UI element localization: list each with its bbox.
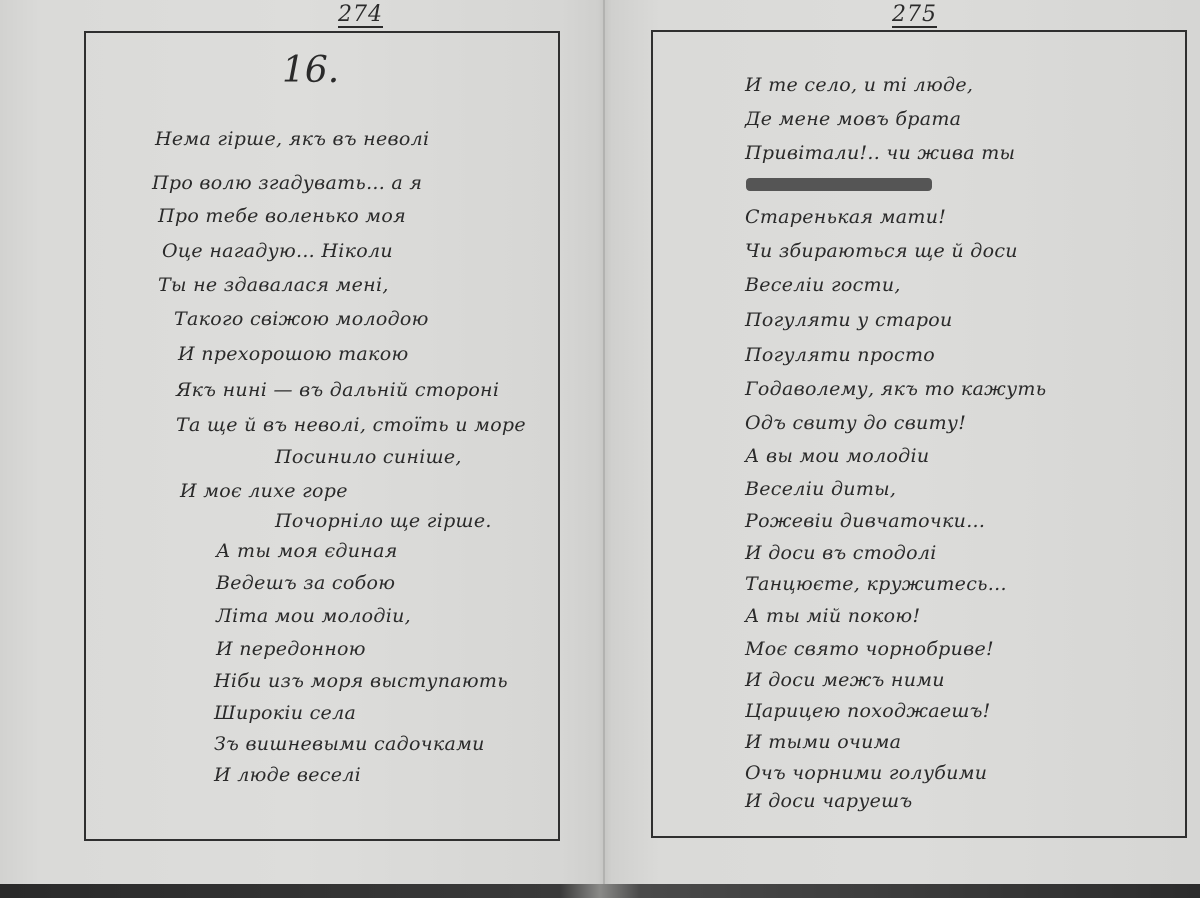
poem-line: Чи збираються ще й доси xyxy=(745,240,1018,262)
book-spine xyxy=(603,0,605,884)
poem-line: И передонною xyxy=(216,638,366,660)
poem-line: И прехорошою такою xyxy=(178,343,408,365)
poem-line: Привітали!.. чи жива ты xyxy=(745,142,1015,164)
poem-line: Де мене мовъ брата xyxy=(745,108,961,130)
poem-line: Про тебе воленько моя xyxy=(158,205,406,227)
poem-line: И люде веселі xyxy=(214,764,361,786)
struck-out-line xyxy=(746,178,932,191)
page-number-right: 275 xyxy=(892,4,937,28)
poem-line: Та ще й въ неволі, стоїть и море xyxy=(176,414,526,436)
poem-line: Царицею походжаешъ! xyxy=(745,700,991,722)
poem-line: Почорніло ще гірше. xyxy=(275,510,492,532)
poem-line: И те село, и ті люде, xyxy=(745,74,973,96)
poem-line: А вы мои молодіи xyxy=(745,445,929,467)
poem-line: Зъ вишневыми садочками xyxy=(214,733,485,755)
poem-line: Моє свято чорнобриве! xyxy=(745,638,994,660)
poem-line: И доси чаруешъ xyxy=(745,790,912,812)
poem-line: Ведешъ за собою xyxy=(216,572,395,594)
poem-line: Веселіи диты, xyxy=(745,478,896,500)
poem-line: Рожевіи дивчаточки... xyxy=(745,510,985,532)
poem-line: Ніби изъ моря выступають xyxy=(214,670,508,692)
poem-line: А ты моя єдиная xyxy=(216,540,398,562)
poem-line: Нема гірше, якъ въ неволі xyxy=(155,128,429,150)
poem-line: Старенькая мати! xyxy=(745,206,946,228)
poem-line: И тыми очима xyxy=(745,731,901,753)
poem-line: Широкіи села xyxy=(214,702,356,724)
poem-line: Посинило синіше, xyxy=(275,446,462,468)
poem-line: Одъ свиту до свиту! xyxy=(745,412,966,434)
poem-line: Якъ нині — въ дальній стороні xyxy=(176,379,499,401)
poem-line: А ты мій покою! xyxy=(745,605,920,627)
poem-line: Такого свіжою молодою xyxy=(174,308,429,330)
poem-line: Оце нагадую... Ніколи xyxy=(162,240,393,262)
poem-line: Танцюєте, кружитесь... xyxy=(745,573,1007,595)
poem-line: Про волю згадувать... а я xyxy=(152,172,422,194)
book-bottom-edge xyxy=(0,884,1200,898)
poem-number: 16. xyxy=(282,50,339,91)
poem-line: Ты не здавалася мені, xyxy=(158,274,389,296)
poem-line: Очъ чорними голубими xyxy=(745,762,987,784)
page-number-left: 274 xyxy=(338,4,383,28)
poem-line: И доси межъ ними xyxy=(745,669,945,691)
poem-line: Погуляти просто xyxy=(745,344,935,366)
poem-line: И доси въ стодолі xyxy=(745,542,937,564)
poem-line: Веселіи гости, xyxy=(745,274,901,296)
poem-line: И моє лихе горе xyxy=(180,480,348,502)
poem-line: Годаволему, якъ то кажуть xyxy=(745,378,1046,400)
poem-line: Погуляти у старои xyxy=(745,309,953,331)
poem-line: Літа мои молодіи, xyxy=(216,605,411,627)
